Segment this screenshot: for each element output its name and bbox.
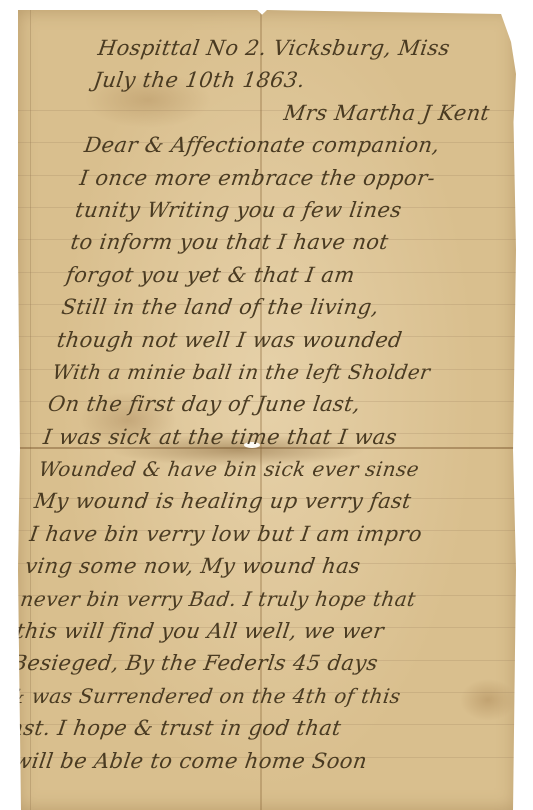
- letter-text: Hospittal No 2. Vicksburg, Miss July the…: [0, 32, 533, 777]
- letter-line: Still in the land of the living,: [59, 291, 533, 323]
- letter-line: I will be Able to come home Soon: [0, 745, 470, 777]
- letter-line: forgot you yet & that I am: [64, 259, 533, 291]
- letter-line: I was sick at the time that I was: [41, 421, 516, 453]
- letter-line: & was Surrendered on the 4th of this: [5, 680, 480, 712]
- addressee: Mrs Martha J Kent: [87, 97, 533, 129]
- letter-line: to inform you that I have not: [68, 226, 533, 258]
- letter-line: tunity Writing you a few lines: [73, 194, 533, 226]
- letter-line: Besieged, By the Federls 45 days: [9, 647, 484, 679]
- letter-line: inst. I hope & trust in god that: [0, 712, 475, 744]
- letter-line: never bin verry Bad. I truly hope that: [18, 583, 493, 615]
- letter-line: Wounded & have bin sick ever sinse: [37, 453, 512, 485]
- letter-line: I once more embrace the oppor-: [78, 162, 533, 194]
- letter-line: On the first day of June last,: [46, 388, 521, 420]
- letter-line: With a minie ball in the left Sholder: [50, 356, 525, 388]
- letter-page: Hospittal No 2. Vicksburg, Miss July the…: [18, 10, 516, 800]
- letter-line: My wound is healing up verry fast: [32, 485, 507, 517]
- letter-line: ving some now, My wound has: [23, 550, 498, 582]
- letter-line: though not well I was wounded: [55, 324, 530, 356]
- letter-line: I have bin verry low but I am impro: [28, 518, 503, 550]
- letter-line: this will find you All well, we wer: [14, 615, 489, 647]
- heading-place: Hospittal No 2. Vicksburg, Miss: [96, 32, 533, 64]
- greeting: Dear & Affectionate companion,: [82, 129, 533, 161]
- heading-date: July the 10th 1863.: [91, 64, 533, 96]
